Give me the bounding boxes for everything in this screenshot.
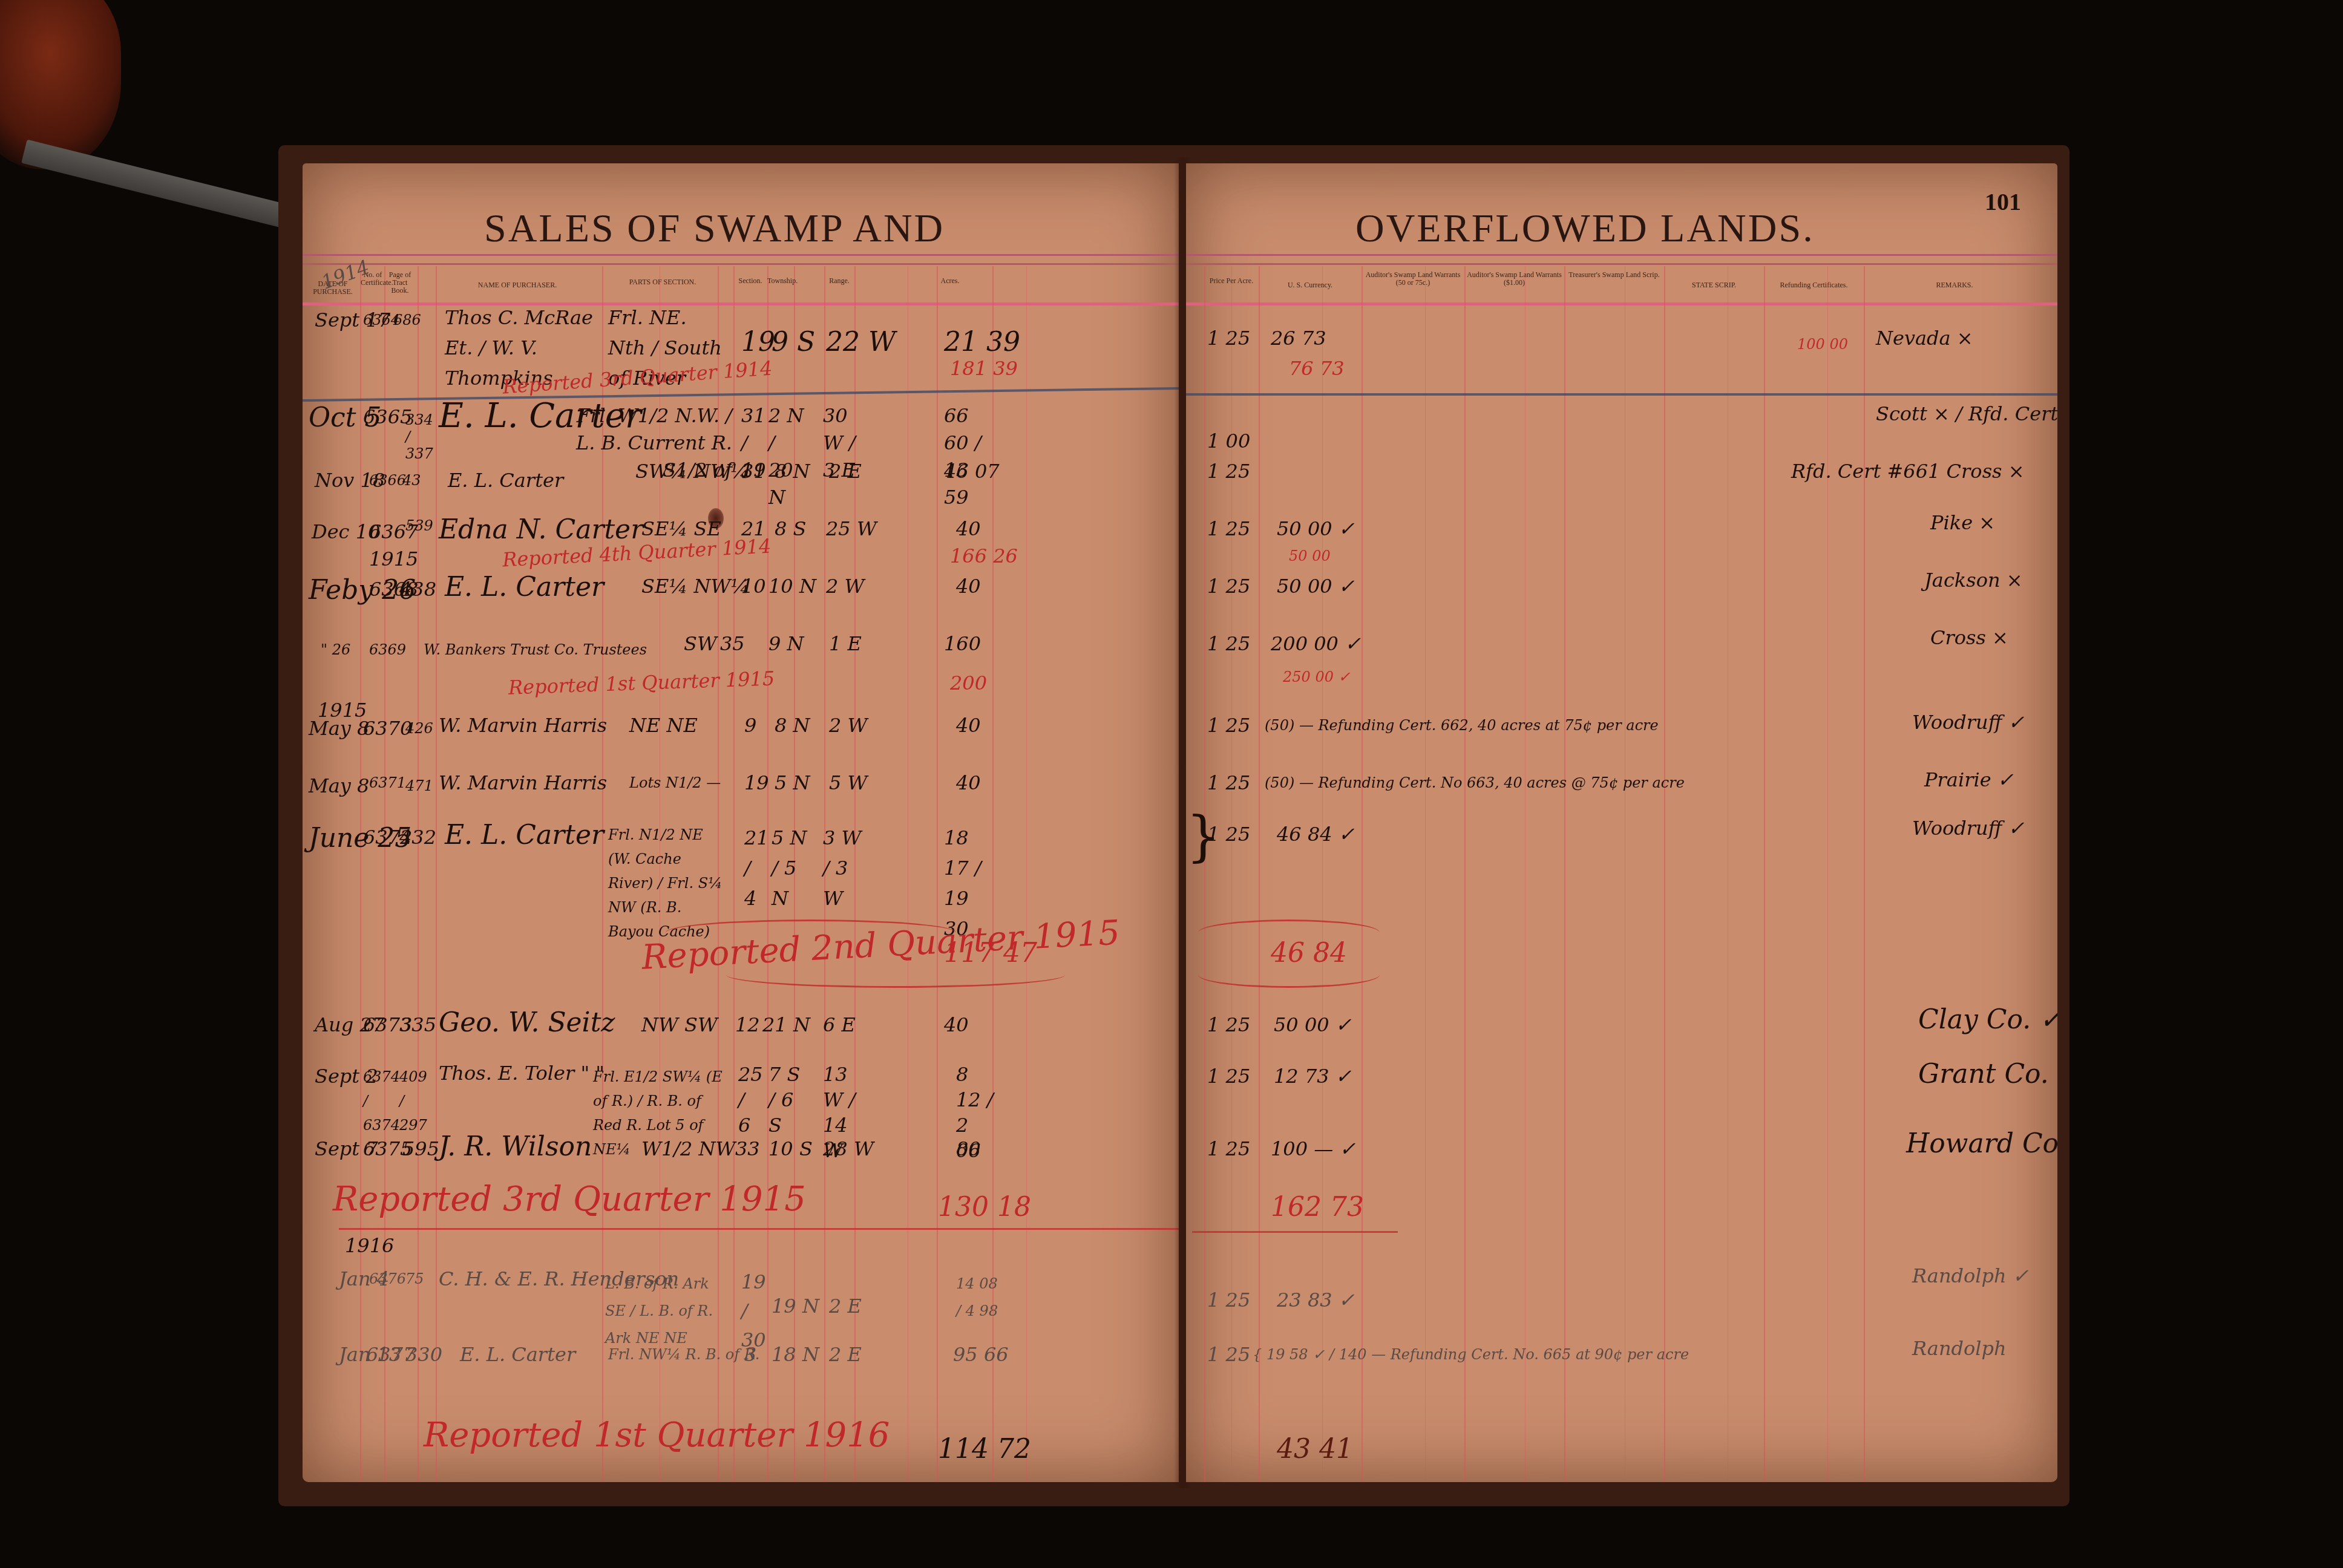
entry-range: 6 E	[823, 1013, 856, 1036]
entry-section: 3	[744, 1343, 756, 1366]
entry-remarks: Grant Co. ✓	[1918, 1059, 2057, 1089]
year-mark: 1915	[369, 547, 418, 570]
entry-purchaser: J. R. Wilson	[439, 1131, 592, 1162]
entry-range: 3 W / 3 W	[823, 823, 865, 913]
entry-township: 9 S	[772, 327, 815, 358]
entry-range: 1 E	[829, 632, 862, 655]
entry-range: 2 W	[829, 714, 867, 737]
entry-purchaser: Edna N. Carter	[439, 514, 643, 545]
report-acres: 130 18	[938, 1192, 1031, 1223]
header-band	[303, 254, 1179, 265]
right-page: OVERFLOWED LANDS. 101 Price Per Acre. U.…	[1186, 163, 2057, 1482]
flourish	[726, 962, 1065, 988]
report-acres: 166 26	[950, 544, 1018, 567]
entry-currency: 50 00 ✓	[1277, 575, 1355, 598]
entry-currency: { 19 58 ✓ / 140 — Refunding Cert. No. 66…	[1253, 1346, 1689, 1363]
report-label: Reported 3rd Quarter 1915	[333, 1180, 806, 1219]
entry-township: 10 S	[768, 1137, 813, 1160]
entry-page: 426	[405, 720, 433, 737]
entry-currency: 23 83 ✓	[1277, 1289, 1355, 1312]
col-price: Price Per Acre.	[1204, 277, 1259, 285]
entry-acres: 80	[956, 1137, 981, 1160]
entry-price: 1 25	[1207, 1289, 1250, 1312]
entry-price: 1 25	[1207, 771, 1250, 794]
entry-range: 2 E	[829, 1295, 862, 1318]
entry-page: 539	[405, 517, 433, 534]
entry-page: 686	[393, 312, 421, 328]
entry-parts: SE¼ NW¼	[641, 575, 749, 598]
entry-section: 21 / 4	[744, 823, 768, 913]
entry-currency: 100 — ✓	[1271, 1137, 1355, 1160]
page-number: 101	[1985, 188, 2021, 216]
entry-remarks: Scott × / Rfd. Cert #660 Randolph ×	[1876, 402, 2057, 425]
entry-parts: NE NE	[629, 714, 698, 737]
report-currency: 76 73	[1289, 357, 1345, 380]
entry-currency: 12 73 ✓	[1274, 1065, 1352, 1088]
entry-purchaser: Geo. W. Seitz	[439, 1007, 615, 1038]
entry-section: 31	[741, 460, 766, 483]
entry-remarks: Clay Co. ✓	[1918, 1004, 2057, 1035]
entry-remarks: Nevada ×	[1876, 327, 1973, 350]
entry-page: 334 / 337	[405, 411, 430, 462]
year-mark: 1916	[345, 1234, 394, 1257]
entry-purchaser: W. Marvin Harris	[439, 771, 607, 794]
entry-remarks: Jackson ×	[1924, 569, 2023, 592]
entry-cert: 6369	[369, 641, 406, 658]
entry-township: 10 N	[768, 575, 816, 598]
entry-remarks: Rfd. Cert #661 Cross ×	[1791, 460, 2024, 483]
hand	[0, 0, 121, 169]
report-currency: 162 73	[1271, 1192, 1364, 1223]
entry-section: 33	[735, 1137, 760, 1160]
entry-remarks: Howard Co. ✓	[1906, 1128, 2057, 1159]
entry-range: 25 W	[826, 517, 877, 540]
entry-currency: (50) — Refunding Cert. 662, 40 acres at …	[1265, 717, 1659, 734]
entry-price: 1 25	[1207, 1013, 1250, 1036]
entry-currency: 26 73	[1271, 327, 1326, 350]
report-currency: 250 00 ✓	[1283, 668, 1351, 685]
entry-range: 2 W	[826, 575, 864, 598]
entry-range: 5 W	[829, 771, 867, 794]
entry-township: 18 N	[772, 1343, 819, 1366]
entry-township: 7 S / 6 S	[768, 1062, 805, 1138]
report-label: Reported 1st Quarter 1915	[508, 667, 775, 699]
entry-parts: Frl. NW¼ R. B. of R.	[608, 1346, 760, 1363]
col-range: Range.	[824, 277, 854, 285]
entry-range: 2 E	[829, 1343, 862, 1366]
entry-purchaser: E. L. Carter	[448, 469, 563, 492]
entry-price: 1 25	[1207, 1343, 1250, 1366]
col-acres: Acres.	[908, 277, 992, 285]
report-underline	[1192, 1231, 1398, 1233]
entry-township: 21 N	[762, 1013, 810, 1036]
entry-page: 409 / 297	[399, 1065, 424, 1137]
entry-range: 28 W	[823, 1137, 874, 1160]
column-header-row	[303, 266, 1179, 305]
entry-acres: 160	[944, 632, 981, 655]
entry-price: 1 25	[1207, 632, 1250, 655]
entry-purchaser: E. L. Carter	[445, 572, 604, 603]
entry-acres: 14 08 / 4 98	[956, 1270, 998, 1325]
entry-purchaser: E. L. Carter	[445, 820, 604, 851]
flourish	[1198, 962, 1380, 988]
entry-price: 1 25	[1207, 460, 1250, 483]
entry-currency: 200 00 ✓	[1271, 632, 1361, 655]
entry-acres: 95 66	[953, 1343, 1009, 1366]
entry-cert: 6376	[369, 1270, 406, 1287]
entry-parts: NW SW	[641, 1013, 718, 1036]
col-section: Section.	[733, 277, 767, 285]
divider-line	[303, 387, 1179, 402]
entry-remarks: Randolph	[1912, 1337, 2007, 1360]
col-warrants-50-75: Auditor's Swamp Land Warrants (50 or 75c…	[1362, 271, 1464, 287]
col-state-scrip: STATE SCRIP.	[1664, 281, 1764, 289]
entry-section: 19 / 30	[741, 1267, 765, 1354]
entry-section: 19	[741, 327, 775, 358]
page-title-left: SALES OF SWAMP AND	[484, 206, 945, 252]
entry-page: 595	[402, 1137, 439, 1160]
col-parts: PARTS OF SECTION.	[602, 278, 723, 286]
entry-section: 35	[720, 632, 745, 655]
entry-parts: SW¼ NW¼	[635, 460, 749, 483]
entry-price: 1 25	[1207, 1137, 1250, 1160]
entry-section: 25 / 6	[738, 1062, 762, 1138]
entry-acres: 66 60 / 13 59	[944, 402, 992, 511]
entry-date: May 8	[309, 774, 369, 797]
entry-page: 471	[405, 777, 433, 794]
col-refunding-certs: Refunding Certificates.	[1764, 281, 1864, 289]
entry-township: 9 N	[768, 632, 804, 655]
entry-remarks: Woodruff ✓	[1912, 711, 2024, 734]
report-acres: 200	[950, 671, 987, 694]
entry-township: 5 N	[775, 771, 810, 794]
entry-date: May 8	[309, 717, 369, 740]
ledger-book: SALES OF SWAMP AND DATE OF PURCHASE. No.…	[278, 145, 2069, 1506]
col-tract-page: Page of Tract Book.	[385, 271, 415, 295]
page-title-right: OVERFLOWED LANDS.	[1355, 206, 1815, 252]
col-remarks: REMARKS.	[1864, 281, 2045, 289]
entry-township: 19 N	[772, 1295, 819, 1318]
header-band	[1186, 254, 2057, 265]
entry-parts: SE¼ SE	[641, 517, 721, 540]
report-currency: 50 00	[1289, 547, 1331, 564]
entry-currency: 46 84 ✓	[1277, 823, 1355, 846]
entry-page: 438	[399, 578, 436, 601]
entry-purchaser: Thos. E. Toler " "	[439, 1062, 605, 1085]
entry-section: 12	[735, 1013, 760, 1036]
report-acres: 114 72	[938, 1434, 1031, 1465]
entry-currency: 50 00 ✓	[1274, 1013, 1352, 1036]
entry-remarks: Cross ×	[1930, 626, 2008, 649]
entry-parts: L. B. of R. Ark SE / L. B. of R. Ark NE …	[605, 1270, 732, 1352]
entry-price: 1 25	[1207, 575, 1250, 598]
report-currency: 43 41	[1277, 1434, 1353, 1465]
entry-price: 1 25	[1207, 714, 1250, 737]
entry-currency: (50) — Refunding Cert. No 663, 40 acres …	[1265, 774, 1685, 791]
entry-cert: 6366	[369, 472, 406, 489]
entry-cert: 6374 / 6374	[363, 1065, 399, 1137]
entry-township: 5 N / 5 N	[772, 823, 808, 913]
entry-parts: SW	[684, 632, 717, 655]
col-township: Township.	[767, 277, 794, 285]
col-us-currency: U. S. Currency.	[1259, 281, 1362, 289]
entry-remarks: Pike ×	[1930, 511, 1995, 534]
entry-acres: 40	[956, 517, 981, 540]
entry-refunding: 100 00	[1797, 336, 1848, 353]
col-warrants-100: Auditor's Swamp Land Warrants ($1.00)	[1464, 271, 1564, 287]
entry-acres: 40	[956, 575, 981, 598]
entry-section: 19	[744, 771, 769, 794]
entry-remarks: Prairie ✓	[1924, 768, 2014, 791]
col-treasurer-scrip: Treasurer's Swamp Land Scrip.	[1564, 271, 1664, 279]
entry-acres: 46 07	[944, 460, 1000, 483]
left-page: SALES OF SWAMP AND DATE OF PURCHASE. No.…	[303, 163, 1179, 1482]
entry-page: 335	[399, 1013, 436, 1036]
report-label: Reported 1st Quarter 1916	[424, 1416, 890, 1455]
entry-price: 1 25	[1207, 823, 1250, 846]
entry-range: 22 W	[826, 327, 896, 358]
entry-purchaser: W. Marvin Harris	[439, 714, 607, 737]
entry-acres: 40	[944, 1013, 969, 1036]
entry-parts: Lots N1/2 —	[629, 774, 721, 791]
entry-currency: 50 00 ✓	[1277, 517, 1355, 540]
col-purchaser: NAME OF PURCHASER.	[436, 281, 599, 289]
entry-date: " 26	[321, 641, 350, 658]
report-underline	[339, 1228, 1179, 1230]
entry-township: 8 S	[775, 517, 806, 540]
entry-price: 1 25	[1207, 517, 1250, 540]
entry-township: 8 N	[775, 714, 810, 737]
entry-price: 1 25	[1207, 1065, 1250, 1088]
entry-acres: 40	[956, 771, 981, 794]
entry-purchaser: E. L. Carter	[460, 1343, 575, 1366]
report-acres: 181 39	[950, 357, 1018, 380]
entry-price: 1 00	[1207, 430, 1250, 452]
entry-acres: 40	[956, 714, 981, 737]
entry-township: 8 N	[775, 460, 810, 483]
entry-township: 2 N / 20 N	[768, 402, 805, 511]
entry-range: 2 E	[829, 460, 862, 483]
entry-page: 330	[405, 1343, 442, 1366]
entry-purchaser: W. Bankers Trust Co. Trustees	[424, 641, 647, 658]
entry-section: 9	[744, 714, 756, 737]
entry-remarks: Randolph ✓	[1912, 1264, 2029, 1287]
entry-page: 43	[402, 472, 421, 489]
entry-cert: 6371	[369, 774, 406, 791]
entry-parts: W1/2 NW	[641, 1137, 735, 1160]
divider-line	[1186, 393, 2057, 396]
entry-page: 75	[405, 1270, 424, 1287]
entry-section: 10	[741, 575, 766, 598]
entry-price: 1 25	[1207, 327, 1250, 350]
entry-acres: 21 39	[944, 327, 1020, 358]
entry-page: 432	[399, 826, 436, 849]
entry-remarks: Woodruff ✓	[1912, 817, 2024, 840]
